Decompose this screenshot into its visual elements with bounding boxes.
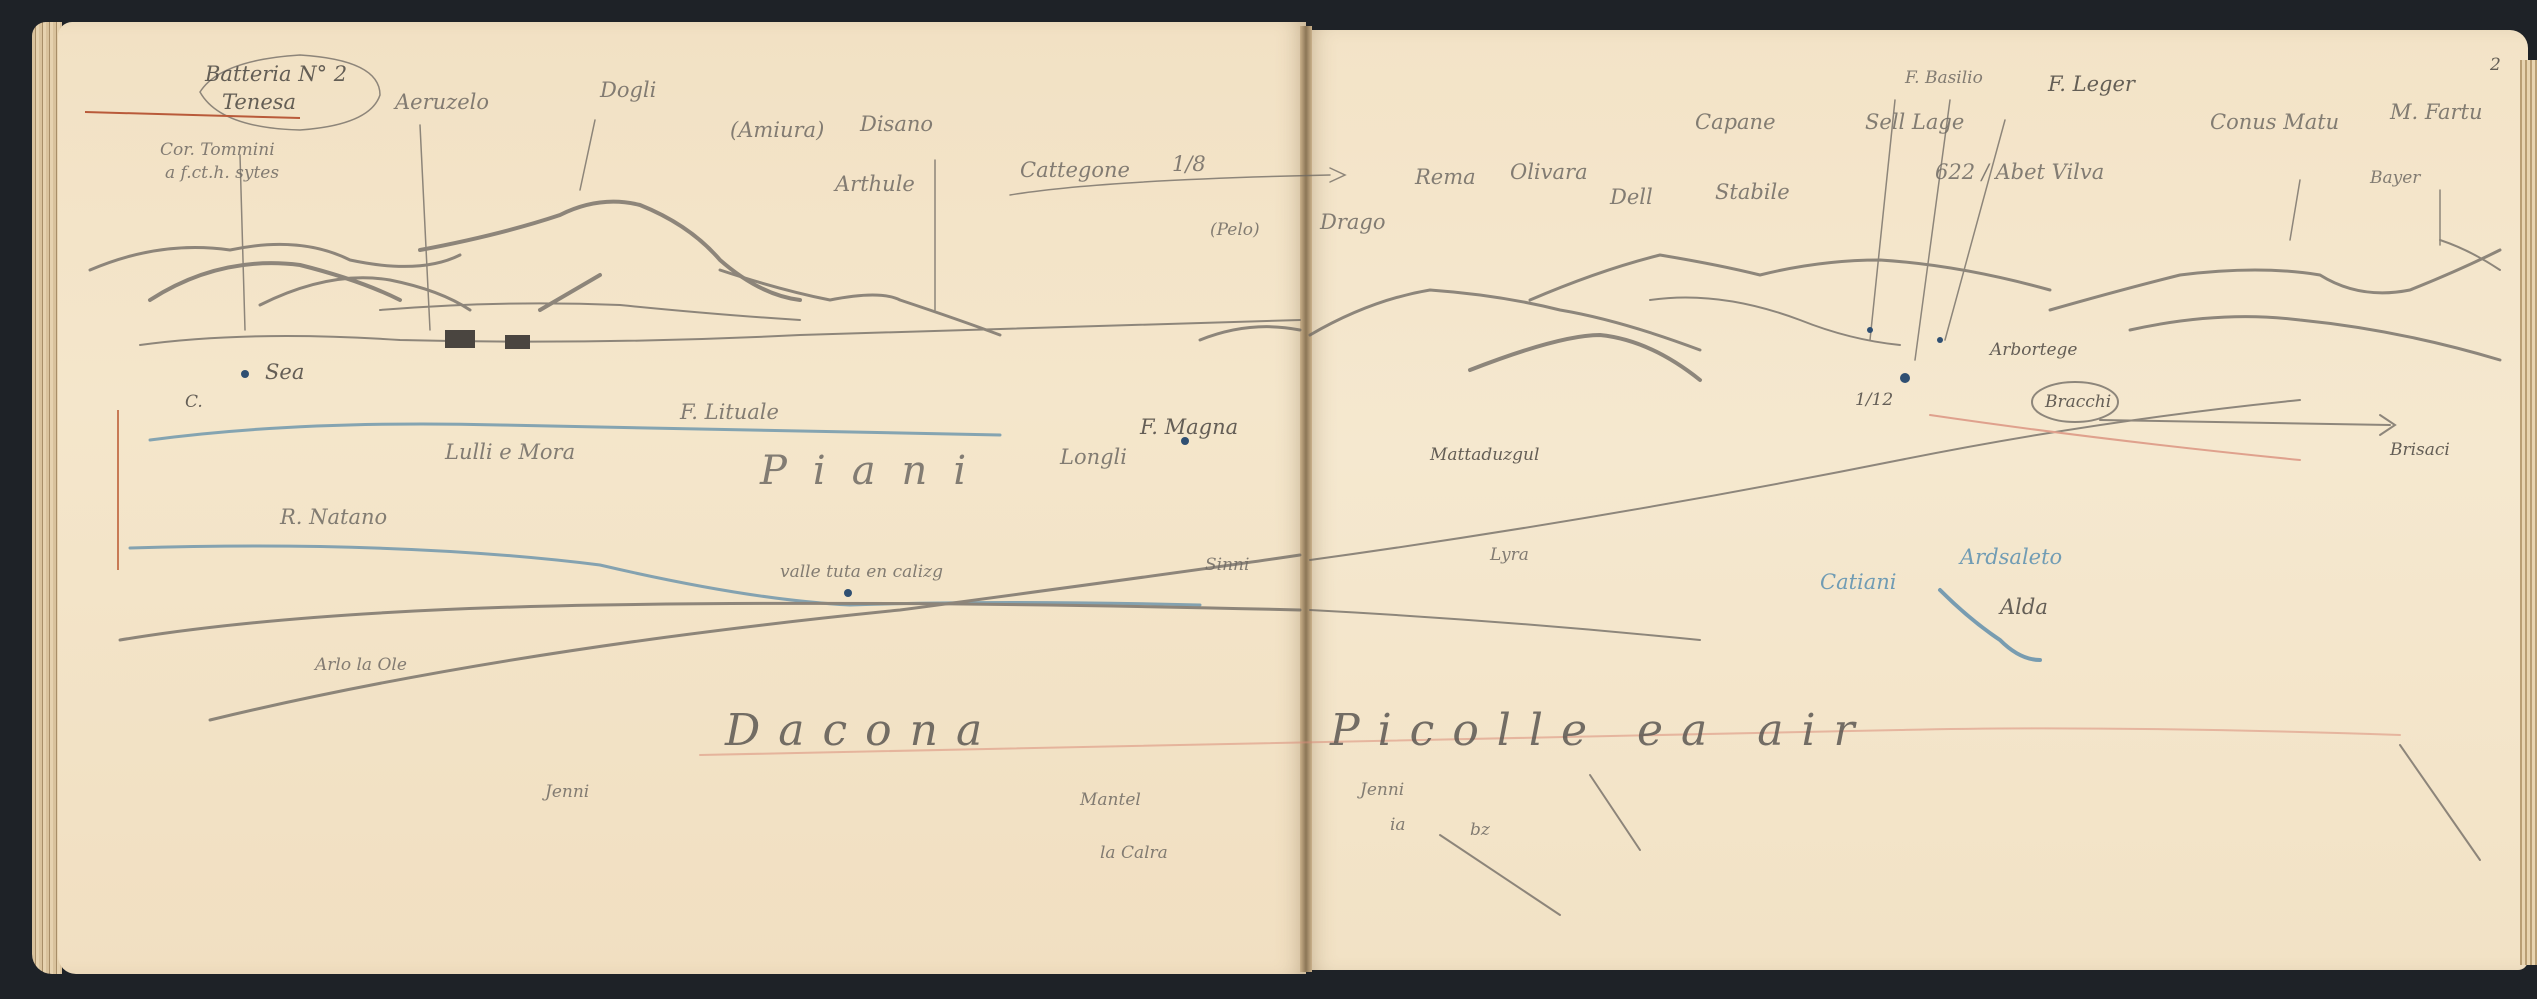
label-peak: Sell Lage	[1865, 110, 1964, 134]
landscape-sketch	[0, 0, 2537, 999]
label-count: 1/12	[1855, 390, 1893, 410]
label-note: 622 / Abet Vilva	[1935, 160, 2104, 184]
label-plain: Piani	[760, 448, 992, 494]
label-slope: Arlo la Ole	[315, 655, 407, 675]
title-box-line-2: Tenesa	[222, 90, 296, 114]
label-fort: F. Leger	[2048, 72, 2135, 96]
label-fort: F. Basilio	[1905, 68, 1983, 88]
page-number: 2	[2490, 55, 2501, 75]
label-peak: (Amiura)	[730, 118, 824, 142]
label-field: ia	[1390, 815, 1406, 835]
label-peak: Dogli	[600, 78, 656, 102]
label-village: Mattaduzgul	[1430, 445, 1539, 465]
label-plain-lower: Dacona	[725, 705, 1000, 756]
label-peak: Olivara	[1510, 160, 1588, 184]
note-line-1: Cor. Tommini	[160, 140, 275, 160]
label-peak: (Pelo)	[1210, 220, 1260, 240]
label-stream: Catiani	[1820, 570, 1897, 594]
label-field: Jenni	[1360, 780, 1404, 800]
label-peak: Capane	[1695, 110, 1776, 134]
label-direction: Cattegone	[1020, 158, 1130, 182]
label-sea-c: C.	[185, 392, 203, 412]
label-field: Jenni	[545, 782, 589, 802]
label-village: Lyra	[1490, 545, 1529, 565]
label-peak: Conus Matu	[2210, 110, 2339, 134]
label-peak: Disano	[860, 112, 933, 136]
label-fort: F. Magna	[1140, 415, 1238, 439]
label-peak: M. Fartu	[2390, 100, 2483, 124]
label-field: Mantel	[1080, 790, 1141, 810]
label-peak: Rema	[1415, 165, 1476, 189]
label-peak: Bayer	[2370, 168, 2420, 188]
note-line-2: a f.ct.h. sytes	[165, 163, 279, 183]
label-village: Brisaci	[2390, 440, 2450, 460]
label-peak: Aeruzelo	[395, 90, 489, 114]
label-field: bz	[1470, 820, 1490, 840]
label-village: Sinni	[1205, 555, 1249, 575]
label-village: Longli	[1060, 445, 1127, 469]
title-box-line-1: Batteria N° 2	[205, 62, 347, 86]
label-plain-lower: Picolle ea air	[1330, 705, 1873, 756]
label-river: R. Natano	[280, 505, 387, 529]
label-stream: Alda	[2000, 595, 2048, 619]
label-sea: Sea	[265, 360, 304, 384]
label-village: Lulli e Mora	[445, 440, 575, 464]
label-village: Arbortege	[1990, 340, 2077, 360]
label-village: Bracchi	[2045, 392, 2111, 412]
label-stream: Ardsaleto	[1960, 545, 2062, 569]
label-peak: Arthule	[835, 172, 915, 196]
label-peak: Drago	[1320, 210, 1385, 234]
label-valley: valle tuta en calizg	[780, 562, 943, 582]
label-peak: Stabile	[1715, 180, 1790, 204]
label-fort: F. Lituale	[680, 400, 779, 424]
label-peak: Dell	[1610, 185, 1653, 209]
label-field: la Calra	[1100, 843, 1168, 863]
sketchbook: Batteria N° 2 Tenesa Cor. Tommini a f.ct…	[0, 0, 2537, 999]
label-fraction: 1/8	[1172, 152, 1206, 176]
